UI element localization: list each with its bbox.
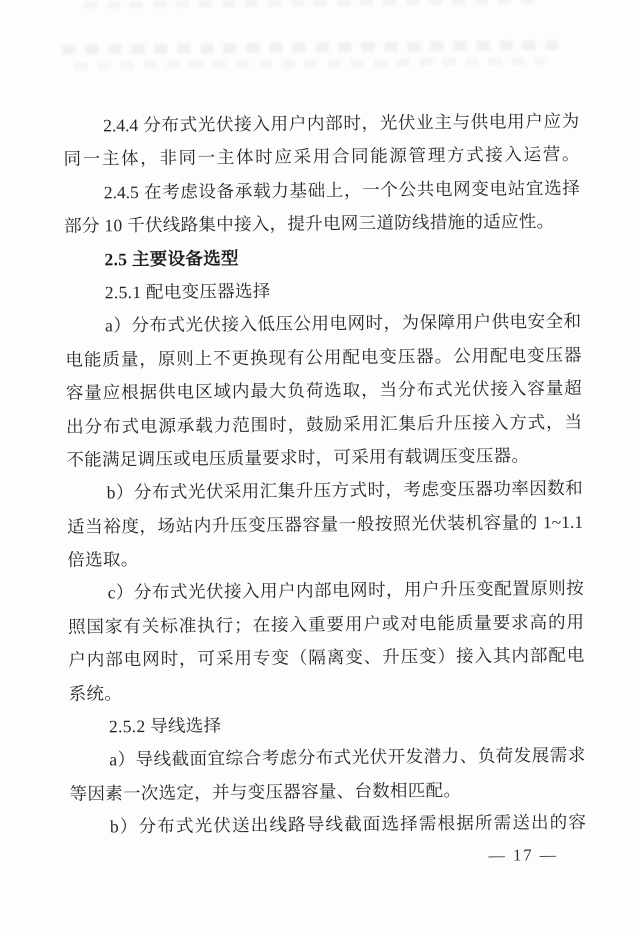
body-line: 系统。 xyxy=(69,672,585,710)
body-line: 同一主体，非同一主体时应采用合同能源管理方式接入运营。 xyxy=(63,138,579,176)
body-line: 不能满足调压或电压质量要求时，可采用有载调压变压器。 xyxy=(66,439,582,477)
bleed-through-artifact xyxy=(75,57,545,70)
body-line: a）分布式光伏接入低压公用电网时，为保障用户供电安全和 xyxy=(65,305,581,343)
body-line: c）分布式光伏接入用户内部电网时，用户升压变配置原则按 xyxy=(68,572,584,610)
bleed-through-artifact xyxy=(84,0,544,9)
document-text-block: 2.4.4 分布式光伏接入用户内部时，光伏业主与供电用户应为 同一主体，非同一主… xyxy=(63,105,586,878)
body-line: b）分布式光伏采用汇集升压方式时，考虑变压器功率因数和 xyxy=(67,472,583,510)
section-heading: 2.5 主要设备选型 xyxy=(64,238,580,276)
body-line: 容量应根据供电区域内最大负荷选取，当分布式光伏接入容量超 xyxy=(66,372,582,410)
page-number: — 17 — xyxy=(70,839,586,877)
body-line: 等因素一次选定，并与变压器容量、台数相匹配。 xyxy=(69,773,585,811)
body-line: 出分布式电源承载力范围时，鼓励采用汇集后升压接入方式，当 xyxy=(66,405,582,443)
section-heading: 2.5.2 导线选择 xyxy=(69,706,585,744)
scanned-document-page: 2.4.4 分布式光伏接入用户内部时，光伏业主与供电用户应为 同一主体，非同一主… xyxy=(0,0,640,934)
section-heading: 2.5.1 配电变压器选择 xyxy=(65,272,581,310)
scan-rotation-wrapper: 2.4.4 分布式光伏接入用户内部时，光伏业主与供电用户应为 同一主体，非同一主… xyxy=(0,0,640,934)
body-line: 2.4.4 分布式光伏接入用户内部时，光伏业主与供电用户应为 xyxy=(63,105,579,143)
bleed-through-artifact xyxy=(62,40,562,55)
body-line: 电能质量，原则上不更换现有公用配电变压器。公用配电变压器 xyxy=(65,339,581,377)
body-line: 2.4.5 在考虑设备承载力基础上，一个公共电网变电站宜选择 xyxy=(64,172,580,210)
body-line: b）分布式光伏送出线路导线截面选择需根据所需送出的容 xyxy=(70,806,586,844)
body-line: 适当裕度，场站内升压变压器容量一般按照光伏装机容量的 1~1.1 xyxy=(67,505,583,543)
body-line: a）导线截面宜综合考虑分布式光伏开发潜力、负荷发展需求 xyxy=(69,739,585,777)
body-line: 户内部电网时，可采用专变（隔离变、升压变）接入其内部配电 xyxy=(68,639,584,677)
body-line: 照国家有关标准执行；在接入重要用户或对电能质量要求高的用 xyxy=(68,606,584,644)
body-line: 倍选取。 xyxy=(67,539,583,577)
body-line: 部分 10 千伏线路集中接入，提升电网三道防线措施的适应性。 xyxy=(64,205,580,243)
